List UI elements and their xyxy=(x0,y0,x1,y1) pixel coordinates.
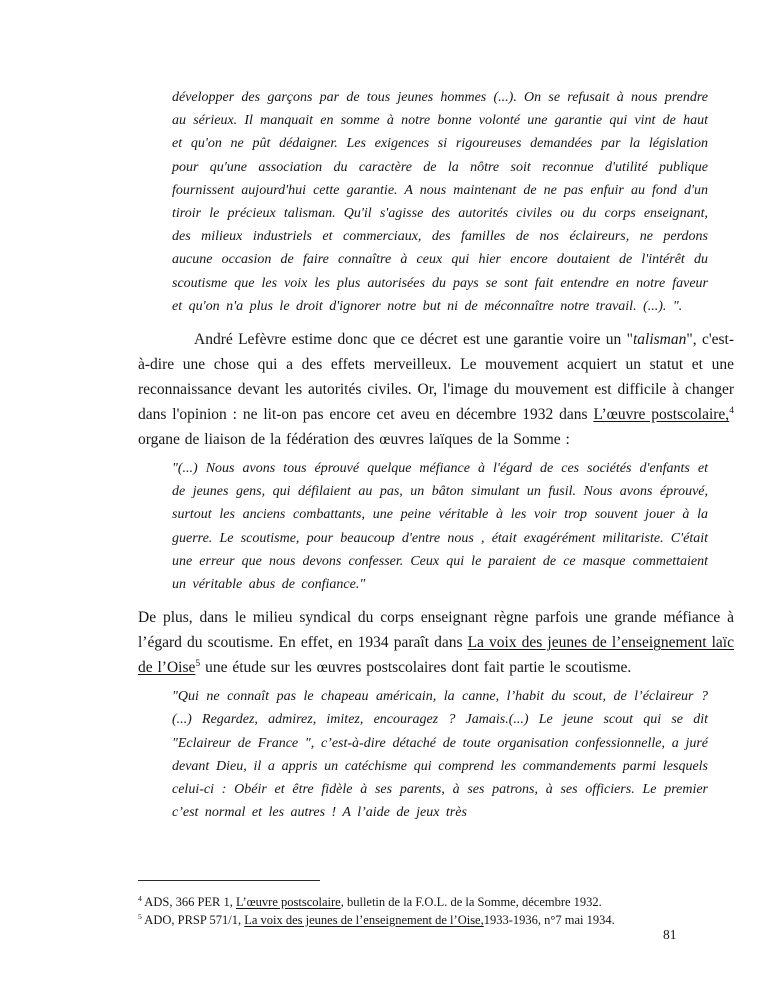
footnote-4: 4 ADS, 366 PER 1, L’œuvre postscolaire, … xyxy=(138,894,734,912)
block-quote-oeuvre-postscolaire: "(...) Nous avons tous éprouvé quelque m… xyxy=(172,457,708,596)
footnote-reference-4: 4 xyxy=(729,405,734,416)
paragraph-text: André Lefèvre estime donc que ce décret … xyxy=(194,331,633,348)
footnote-journal-title: La voix des jeunes de l’enseignement de … xyxy=(244,913,484,927)
footnote-text: ADO, PRSP 571/1, xyxy=(142,913,244,927)
paragraph-de-plus: De plus, dans le milieu syndical du corp… xyxy=(138,605,734,680)
talisman-italic-text: talisman xyxy=(633,331,686,348)
footnote-text: , bulletin de la F.O.L. de la Somme, déc… xyxy=(341,895,602,909)
paragraph-text: organe de liaison de la fédération des œ… xyxy=(138,431,570,448)
paragraph-text: une étude sur les œuvres postscolaires d… xyxy=(200,659,631,676)
footnote-text: ADS, 366 PER 1, xyxy=(142,895,236,909)
block-quote-lefevre: développer des garçons par de tous jeune… xyxy=(172,86,708,318)
footnote-journal-title: L’œuvre postscolaire xyxy=(236,895,341,909)
footnote-5: 5 ADO, PRSP 571/1, La voix des jeunes de… xyxy=(138,912,734,930)
paragraph-andre-lefevre: André Lefèvre estime donc que ce décret … xyxy=(138,327,734,452)
document-page: développer des garçons par de tous jeune… xyxy=(0,0,765,990)
page-number: 81 xyxy=(663,927,677,943)
footnote-separator-rule xyxy=(138,880,320,881)
footnote-text: 1933-1936, n°7 mai 1934. xyxy=(484,913,615,927)
journal-title-oeuvre-postscolaire: L’œuvre postscolaire, xyxy=(593,406,729,423)
footnote-area: 4 ADS, 366 PER 1, L’œuvre postscolaire, … xyxy=(138,880,734,929)
block-quote-voix-des-jeunes: "Qui ne connaît pas le chapeau américain… xyxy=(172,685,708,824)
page-body-text: développer des garçons par de tous jeune… xyxy=(138,86,734,833)
